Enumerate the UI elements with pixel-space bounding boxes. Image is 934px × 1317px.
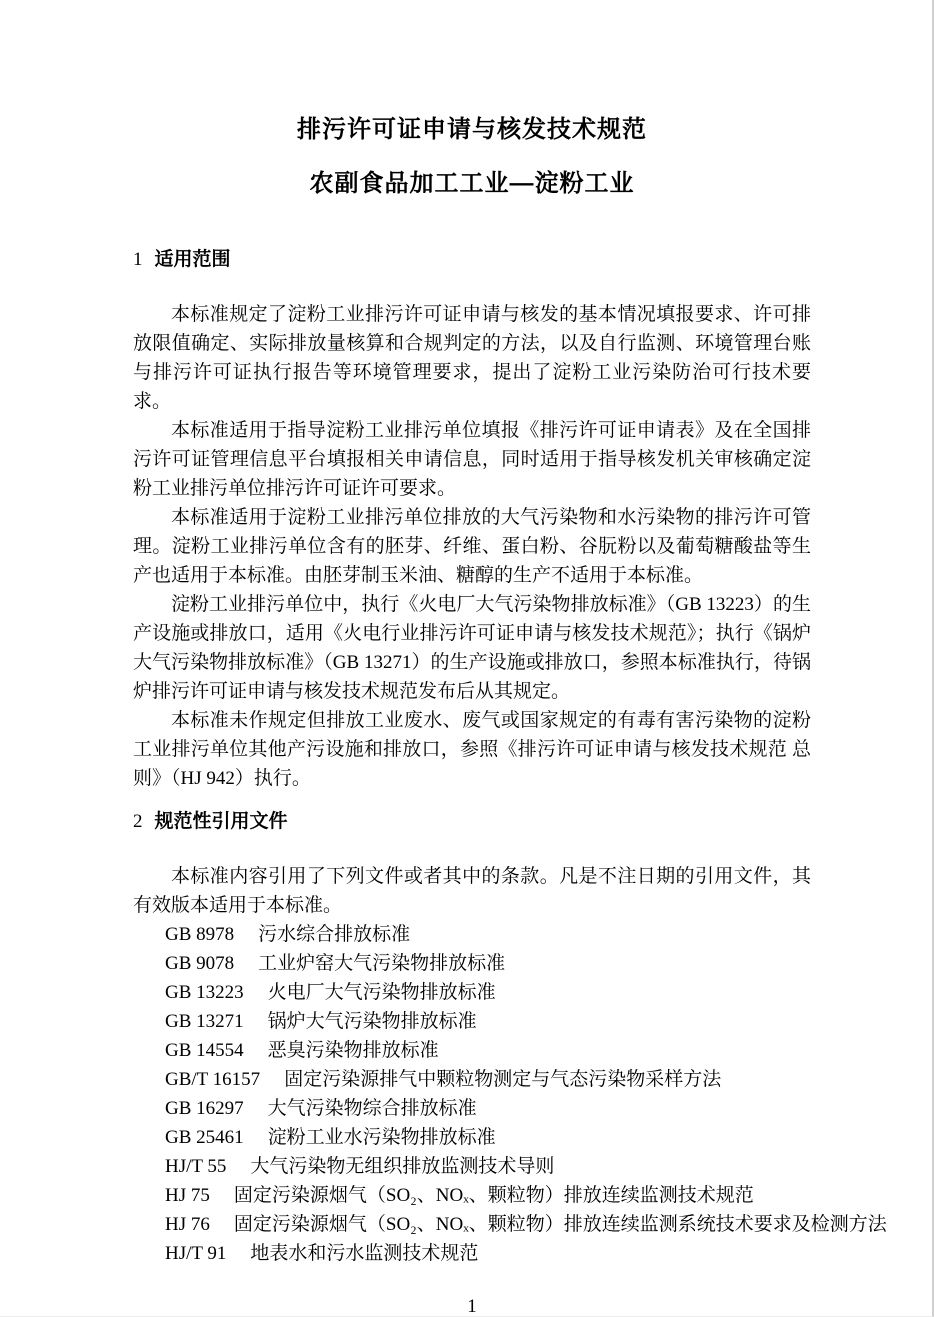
reference-code: HJ 76 bbox=[165, 1214, 210, 1235]
paragraph: 本标准规定了淀粉工业排污许可证申请与核发的基本情况填报要求、许可排放限值确定、实… bbox=[133, 300, 811, 416]
section-1-number: 1 bbox=[133, 249, 143, 270]
reference-title: 固定污染源烟气（SO₂、NOₓ、颗粒物）排放连续监测系统技术要求及检测方法 bbox=[234, 1214, 887, 1235]
document-page: 排污许可证申请与核发技术规范 农副食品加工工业—淀粉工业 1适用范围 本标准规定… bbox=[0, 0, 934, 1317]
reference-item: GB 14554恶臭污染物排放标准 bbox=[165, 1036, 811, 1065]
section-1-heading: 1适用范围 bbox=[133, 249, 811, 271]
section-2-body: 本标准内容引用了下列文件或者其中的条款。凡是不注日期的引用文件，其有效版本适用于… bbox=[133, 862, 811, 920]
reference-code: GB 8978 bbox=[165, 924, 234, 945]
reference-title: 固定污染源排气中颗粒物测定与气态污染物采样方法 bbox=[284, 1069, 721, 1090]
reference-code: GB 25461 bbox=[165, 1127, 244, 1148]
reference-item: HJ/T 55大气污染物无组织排放监测技术导则 bbox=[165, 1152, 811, 1181]
reference-title: 火电厂大气污染物排放标准 bbox=[268, 982, 496, 1003]
reference-code: HJ 75 bbox=[165, 1185, 210, 1206]
reference-title: 大气污染物综合排放标准 bbox=[268, 1098, 477, 1119]
reference-title: 锅炉大气污染物排放标准 bbox=[268, 1011, 477, 1032]
paragraph: 淀粉工业排污单位中，执行《火电厂大气污染物排放标准》（GB 13223）的生产设… bbox=[133, 590, 811, 706]
reference-item: HJ/T 91地表水和污水监测技术规范 bbox=[165, 1239, 811, 1268]
paragraph: 本标准内容引用了下列文件或者其中的条款。凡是不注日期的引用文件，其有效版本适用于… bbox=[133, 862, 811, 920]
reference-item: GB 13271锅炉大气污染物排放标准 bbox=[165, 1007, 811, 1036]
reference-code: GB 13271 bbox=[165, 1011, 244, 1032]
document-title-line2: 农副食品加工工业—淀粉工业 bbox=[133, 171, 811, 197]
reference-list: GB 8978污水综合排放标准 GB 9078工业炉窑大气污染物排放标准 GB … bbox=[133, 920, 811, 1268]
reference-title: 固定污染源烟气（SO₂、NOₓ、颗粒物）排放连续监测技术规范 bbox=[234, 1185, 754, 1206]
reference-code: HJ/T 55 bbox=[165, 1156, 226, 1177]
paragraph: 本标准未作规定但排放工业废水、废气或国家规定的有毒有害污染物的淀粉工业排污单位其… bbox=[133, 706, 811, 793]
reference-item: GB 16297大气污染物综合排放标准 bbox=[165, 1094, 811, 1123]
reference-title: 大气污染物无组织排放监测技术导则 bbox=[250, 1156, 554, 1177]
reference-code: GB 16297 bbox=[165, 1098, 244, 1119]
reference-item: GB 13223火电厂大气污染物排放标准 bbox=[165, 978, 811, 1007]
reference-code: HJ/T 91 bbox=[165, 1243, 226, 1264]
reference-code: GB 13223 bbox=[165, 982, 244, 1003]
reference-code: GB/T 16157 bbox=[165, 1069, 260, 1090]
paragraph: 本标准适用于指导淀粉工业排污单位填报《排污许可证申请表》及在全国排污许可证管理信… bbox=[133, 416, 811, 503]
section-2-number: 2 bbox=[133, 811, 143, 832]
reference-code: GB 9078 bbox=[165, 953, 234, 974]
section-1-body: 本标准规定了淀粉工业排污许可证申请与核发的基本情况填报要求、许可排放限值确定、实… bbox=[133, 300, 811, 793]
section-2-title: 规范性引用文件 bbox=[155, 811, 288, 832]
reference-title: 淀粉工业水污染物排放标准 bbox=[268, 1127, 496, 1148]
reference-title: 恶臭污染物排放标准 bbox=[268, 1040, 439, 1061]
reference-title: 工业炉窑大气污染物排放标准 bbox=[258, 953, 505, 974]
reference-item: HJ 76固定污染源烟气（SO₂、NOₓ、颗粒物）排放连续监测系统技术要求及检测… bbox=[165, 1210, 811, 1239]
reference-item: GB 25461淀粉工业水污染物排放标准 bbox=[165, 1123, 811, 1152]
reference-item: GB 9078工业炉窑大气污染物排放标准 bbox=[165, 949, 811, 978]
reference-item: HJ 75固定污染源烟气（SO₂、NOₓ、颗粒物）排放连续监测技术规范 bbox=[165, 1181, 811, 1210]
reference-item: GB/T 16157固定污染源排气中颗粒物测定与气态污染物采样方法 bbox=[165, 1065, 811, 1094]
section-2-heading: 2规范性引用文件 bbox=[133, 811, 811, 833]
reference-code: GB 14554 bbox=[165, 1040, 244, 1061]
reference-item: GB 8978污水综合排放标准 bbox=[165, 920, 811, 949]
reference-title: 地表水和污水监测技术规范 bbox=[250, 1243, 478, 1264]
page-number: 1 bbox=[133, 1296, 811, 1317]
section-1-title: 适用范围 bbox=[155, 249, 231, 270]
document-title-line1: 排污许可证申请与核发技术规范 bbox=[133, 117, 811, 143]
paragraph: 本标准适用于淀粉工业排污单位排放的大气污染物和水污染物的排污许可管理。淀粉工业排… bbox=[133, 503, 811, 590]
document-content: 排污许可证申请与核发技术规范 农副食品加工工业—淀粉工业 1适用范围 本标准规定… bbox=[0, 0, 932, 1317]
reference-title: 污水综合排放标准 bbox=[258, 924, 410, 945]
